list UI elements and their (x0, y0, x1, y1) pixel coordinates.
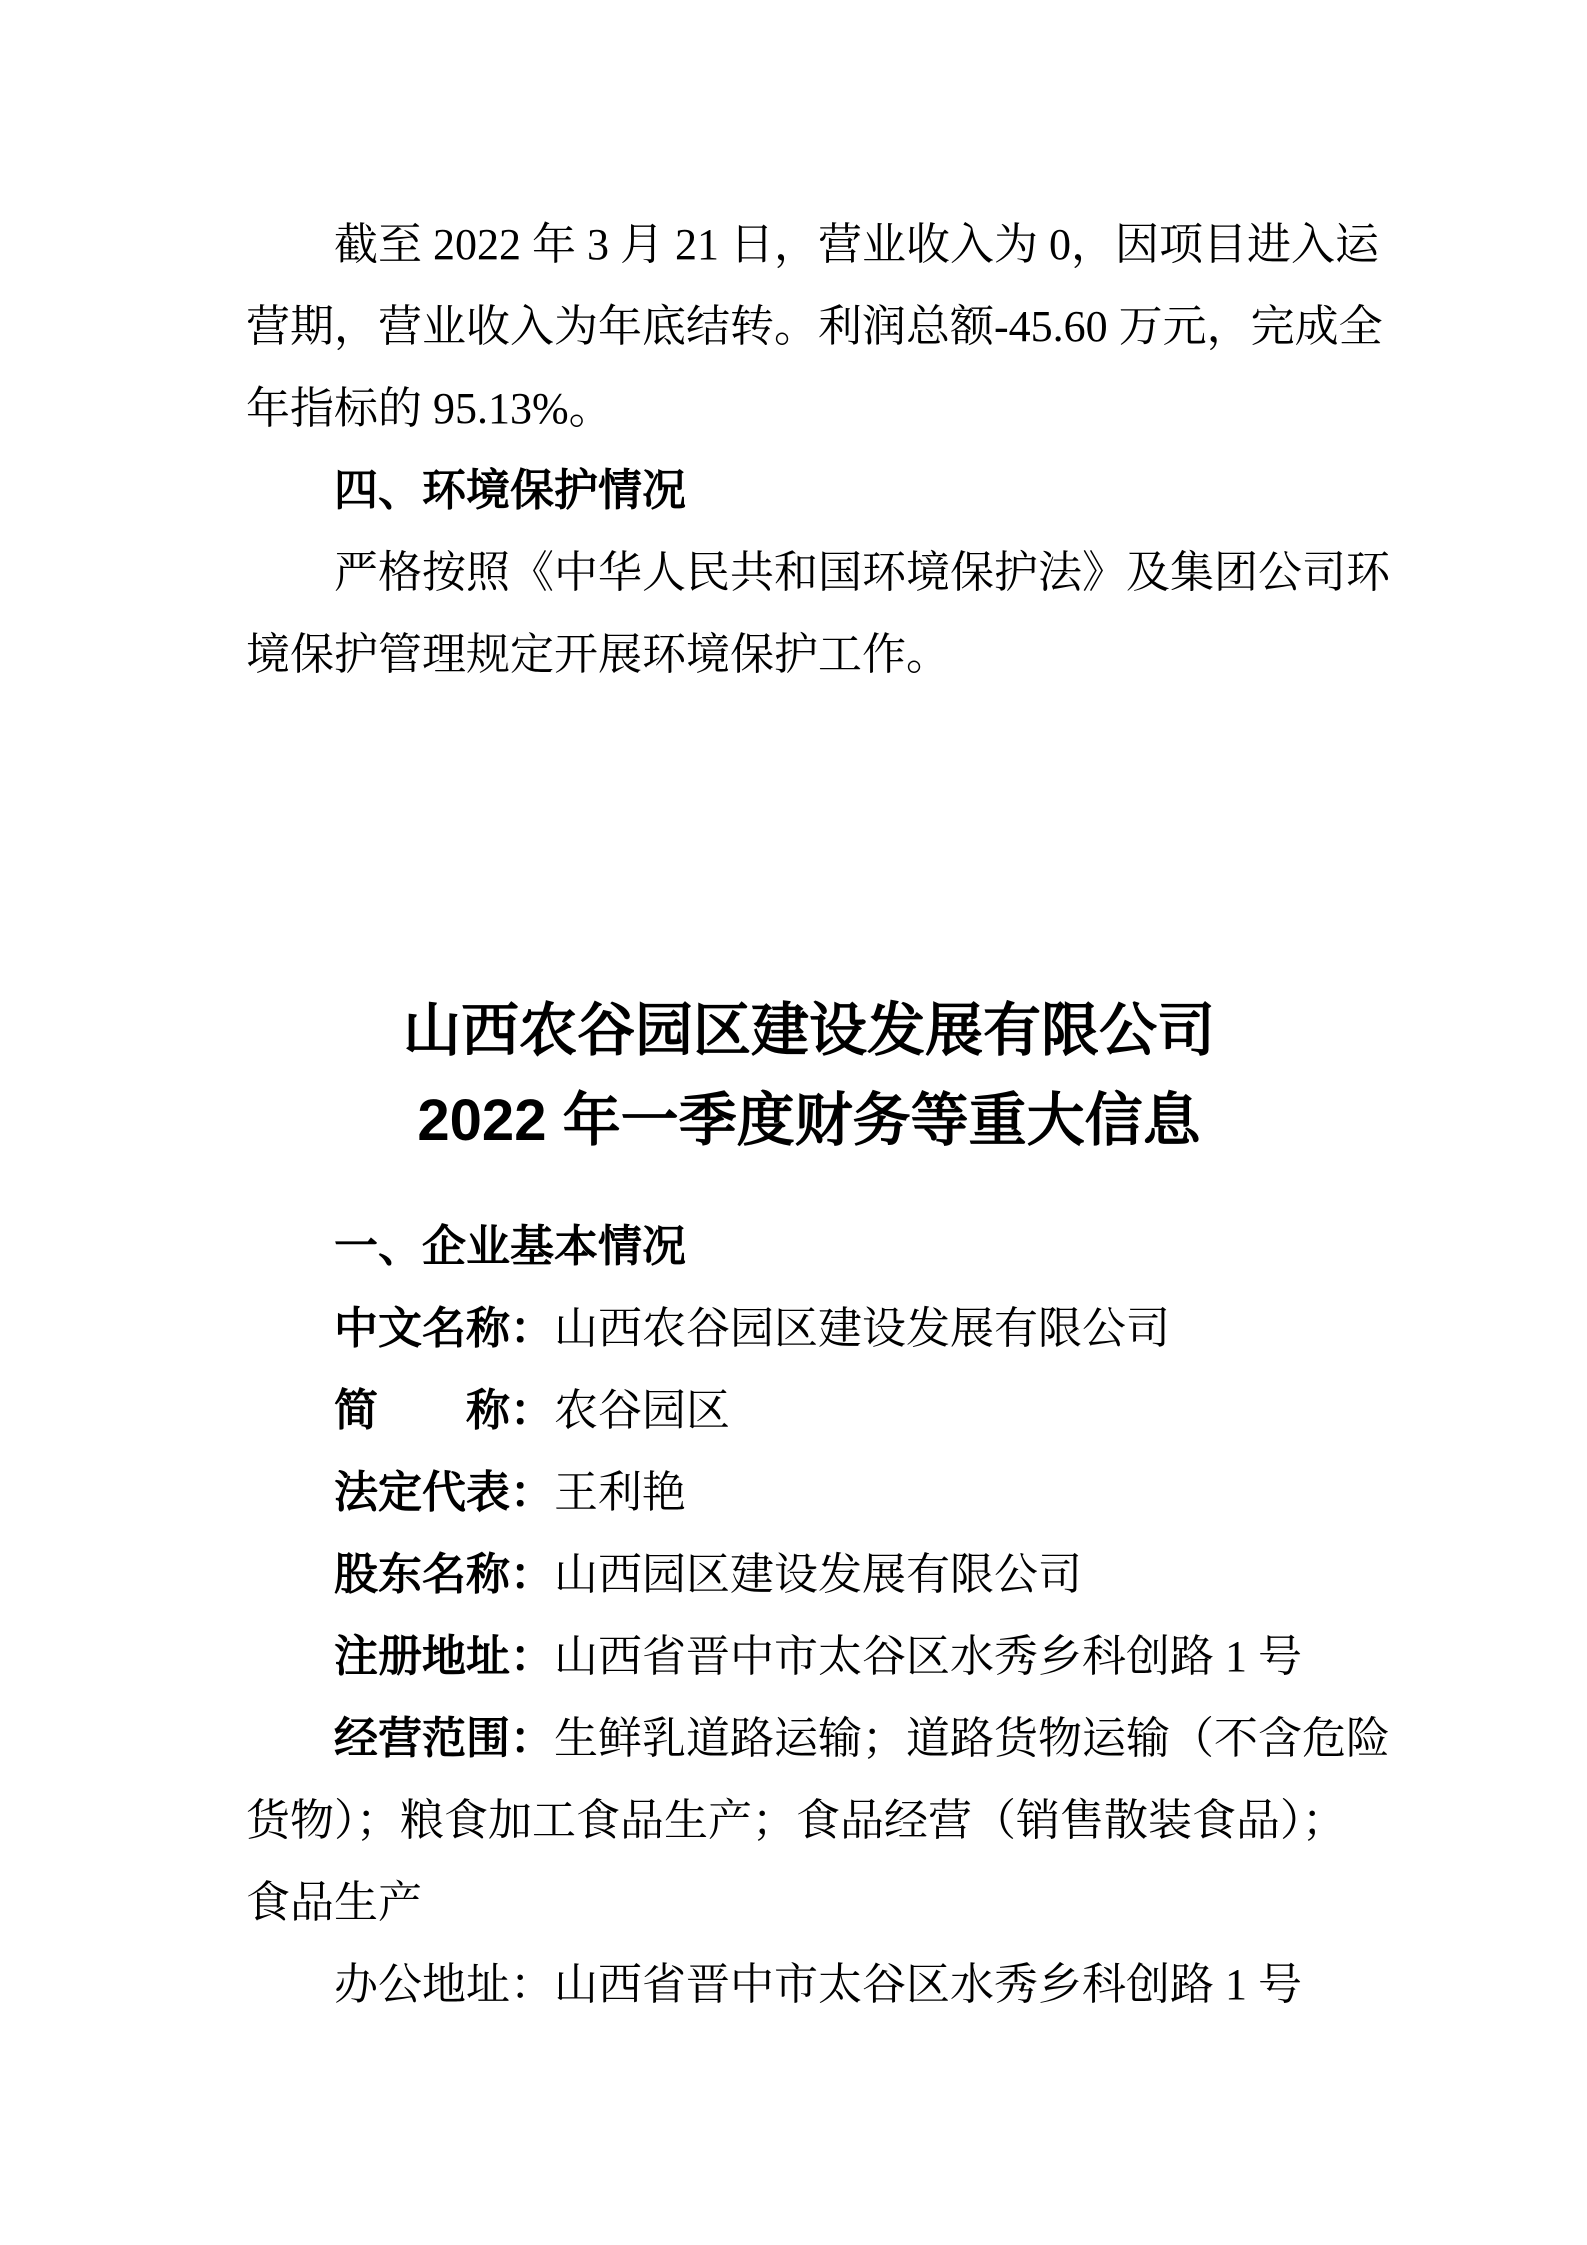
summary-paragraph: 截至 2022 年 3 月 21 日，营业收入为 0，因项目进入运 营期，营业收… (246, 204, 1372, 450)
section-basic-info: 一、企业基本情况 中文名称：山西农谷园区建设发展有限公司 简 称：农谷园区 法定… (246, 1206, 1372, 2026)
report-title-line2: 2022 年一季度财务等重大信息 (246, 1076, 1372, 1166)
info-row-shareholder: 股东名称：山西园区建设发展有限公司 (246, 1534, 1372, 1616)
info-value: 山西农谷园区建设发展有限公司 (554, 1304, 1170, 1353)
info-value: 农谷园区 (554, 1386, 730, 1435)
info-row-short-name: 简 称：农谷园区 (246, 1370, 1372, 1452)
section-basic-heading: 一、企业基本情况 (246, 1206, 1372, 1288)
info-row-chinese-name: 中文名称：山西农谷园区建设发展有限公司 (246, 1288, 1372, 1370)
paragraph-line: 营期，营业收入为年底结转。利润总额-45.60 万元，完成全 (246, 286, 1372, 368)
vertical-gap (246, 1166, 1372, 1206)
info-row-business-scope: 经营范围：生鲜乳道路运输；道路货物运输（不含危险 (246, 1698, 1372, 1780)
info-value: 山西省晋中市太谷区水秀乡科创路 1 号 (554, 1960, 1302, 2009)
report-title-line1: 山西农谷园区建设发展有限公司 (246, 986, 1372, 1076)
info-label: 中文名称： (334, 1304, 554, 1353)
paragraph-line: 年指标的 95.13%。 (246, 368, 1372, 450)
report-title: 山西农谷园区建设发展有限公司 2022 年一季度财务等重大信息 (246, 986, 1372, 1166)
business-scope-continuation: 货物）；粮食加工食品生产；食品经营（销售散装食品）； (246, 1780, 1372, 1862)
info-row-legal-representative: 法定代表：王利艳 (246, 1452, 1372, 1534)
paragraph-line: 截至 2022 年 3 月 21 日，营业收入为 0，因项目进入运 (246, 204, 1372, 286)
section-environment: 四、环境保护情况 严格按照《中华人民共和国环境保护法》及集团公司环 境保护管理规… (246, 450, 1372, 696)
info-value: 山西省晋中市太谷区水秀乡科创路 1 号 (554, 1632, 1302, 1681)
info-value: 山西园区建设发展有限公司 (554, 1550, 1082, 1599)
info-label: 办公地址： (334, 1960, 554, 2009)
business-scope-continuation: 食品生产 (246, 1862, 1372, 1944)
info-label: 简 称： (334, 1386, 554, 1435)
section-environment-heading: 四、环境保护情况 (246, 450, 1372, 532)
info-label: 注册地址： (334, 1632, 554, 1681)
info-label: 股东名称： (334, 1550, 554, 1599)
info-value: 王利艳 (554, 1468, 686, 1517)
paragraph-line: 境保护管理规定开展环境保护工作。 (246, 614, 1372, 696)
vertical-gap (246, 696, 1372, 986)
document-page: 截至 2022 年 3 月 21 日，营业收入为 0，因项目进入运 营期，营业收… (0, 0, 1587, 2245)
info-label: 法定代表： (334, 1468, 554, 1517)
info-row-registered-address: 注册地址：山西省晋中市太谷区水秀乡科创路 1 号 (246, 1616, 1372, 1698)
info-value: 生鲜乳道路运输；道路货物运输（不含危险 (554, 1714, 1390, 1763)
info-label: 经营范围： (334, 1714, 554, 1763)
info-row-office-address: 办公地址：山西省晋中市太谷区水秀乡科创路 1 号 (246, 1944, 1372, 2026)
paragraph-line: 严格按照《中华人民共和国环境保护法》及集团公司环 (246, 532, 1372, 614)
